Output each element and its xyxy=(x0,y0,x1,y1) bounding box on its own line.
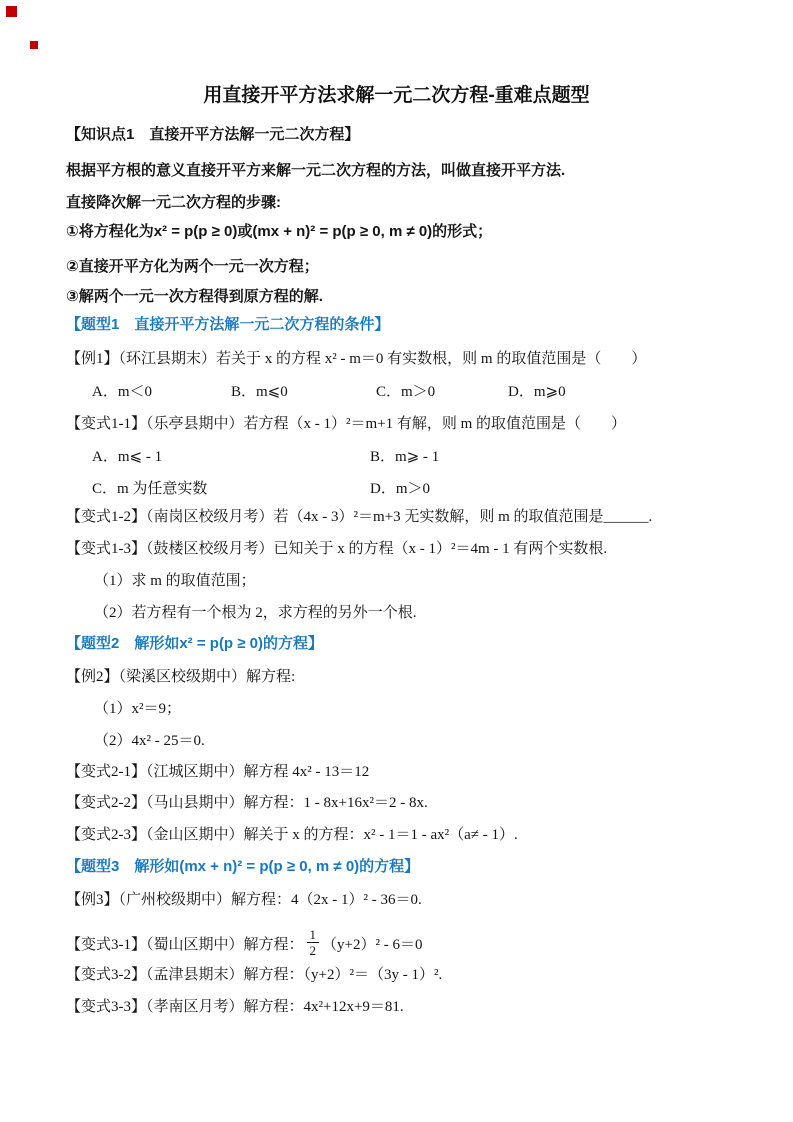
topic-1-heading: 【题型1 直接开平方法解一元二次方程的条件】 xyxy=(66,313,389,334)
variant-1-1-options-row-1: A．m⩽ - 1 B．m⩾ - 1 xyxy=(92,445,439,466)
option-a: A．m＜0 xyxy=(92,380,231,401)
fraction-denominator: 2 xyxy=(307,943,320,957)
steps-label: 直接降次解一元二次方程的步骤: xyxy=(66,191,281,212)
fraction-numerator: 1 xyxy=(307,928,320,943)
variant-1-2-text: 【变式1-2】（南岗区校级月考）若（4x - 3）²＝m+3 无实数解，则 m … xyxy=(66,505,652,526)
variant-3-1-suffix: （y+2）² - 6＝0 xyxy=(322,937,422,953)
red-marker-icon xyxy=(6,6,17,17)
option-c: C．m＞0 xyxy=(376,380,508,401)
variant-3-3-text: 【变式3-3】（孝南区月考）解方程：4x²+12x+9＝81. xyxy=(66,995,404,1016)
variant-2-1-text: 【变式2-1】（江城区期中）解方程 4x² - 13＝12 xyxy=(66,760,369,781)
variant-1-3-part-2: （2）若方程有一个根为 2，求方程的另外一个根. xyxy=(94,601,417,622)
variant-1-1-options-row-2: C．m 为任意实数 D．m＞0 xyxy=(92,477,430,498)
variant-1-3-text: 【变式1-3】（鼓楼区校级月考）已知关于 x 的方程（x - 1）²＝4m - … xyxy=(66,537,607,558)
knowledge-point-heading: 【知识点1 直接开平方法解一元二次方程】 xyxy=(66,123,359,144)
variant-2-2-text: 【变式2-2】（马山县期中）解方程：1 - 8x+16x²＝2 - 8x. xyxy=(66,791,428,812)
option-b: B．m⩾ - 1 xyxy=(370,445,439,466)
variant-1-1-text: 【变式1-1】（乐亭县期中）若方程（x - 1）²＝m+1 有解，则 m 的取值… xyxy=(66,412,626,433)
variant-2-3-text: 【变式2-3】（金山区期中）解关于 x 的方程：x² - 1＝1 - ax²（a… xyxy=(66,823,518,844)
option-d: D．m⩾0 xyxy=(508,380,566,401)
example-2-part-1: （1）x²＝9； xyxy=(94,697,181,718)
variant-3-2-text: 【变式3-2】（孟津县期末）解方程：（y+2）²＝（3y - 1）². xyxy=(66,963,442,984)
variant-3-1-text: 【变式3-1】（蜀山区期中）解方程：12（y+2）² - 6＝0 xyxy=(66,928,422,957)
variant-1-3-part-1: （1）求 m 的取值范围； xyxy=(94,569,256,590)
step-3: ③解两个一元一次方程得到原方程的解. xyxy=(66,285,323,306)
fraction-one-half: 12 xyxy=(307,928,320,957)
document-title: 用直接开平方法求解一元二次方程-重难点题型 xyxy=(0,80,793,107)
example-2-part-2: （2）4x² - 25＝0. xyxy=(94,729,205,750)
option-d: D．m＞0 xyxy=(370,477,430,498)
topic-2-heading: 【题型2 解形如x² = p(p ≥ 0)的方程】 xyxy=(66,632,323,653)
worksheet-page: 用直接开平方法求解一元二次方程-重难点题型 【知识点1 直接开平方法解一元二次方… xyxy=(0,0,793,1122)
option-b: B．m⩽0 xyxy=(231,380,376,401)
variant-3-1-prefix: 【变式3-1】（蜀山区期中）解方程： xyxy=(66,937,304,953)
knowledge-intro: 根据平方根的意义直接开平方来解一元二次方程的方法，叫做直接开平方法. xyxy=(66,159,565,180)
topic-3-heading: 【题型3 解形如(mx + n)² = p(p ≥ 0, m ≠ 0)的方程】 xyxy=(66,855,419,876)
option-a: A．m⩽ - 1 xyxy=(92,445,370,466)
example-1-text: 【例1】（环江县期末）若关于 x 的方程 x² - m＝0 有实数根，则 m 的… xyxy=(66,347,646,368)
step-1: ①将方程化为x² = p(p ≥ 0)或(mx + n)² = p(p ≥ 0,… xyxy=(66,220,492,241)
option-c: C．m 为任意实数 xyxy=(92,477,370,498)
example-3-text: 【例3】（广州校级期中）解方程：4（2x - 1）² - 36＝0. xyxy=(66,888,422,909)
example-2-text: 【例2】（梁溪区校级期中）解方程: xyxy=(66,665,295,686)
step-2: ②直接开平方化为两个一元一次方程； xyxy=(66,255,319,276)
example-1-options: A．m＜0 B．m⩽0 C．m＞0 D．m⩾0 xyxy=(92,380,566,401)
red-marker-icon xyxy=(30,41,38,49)
